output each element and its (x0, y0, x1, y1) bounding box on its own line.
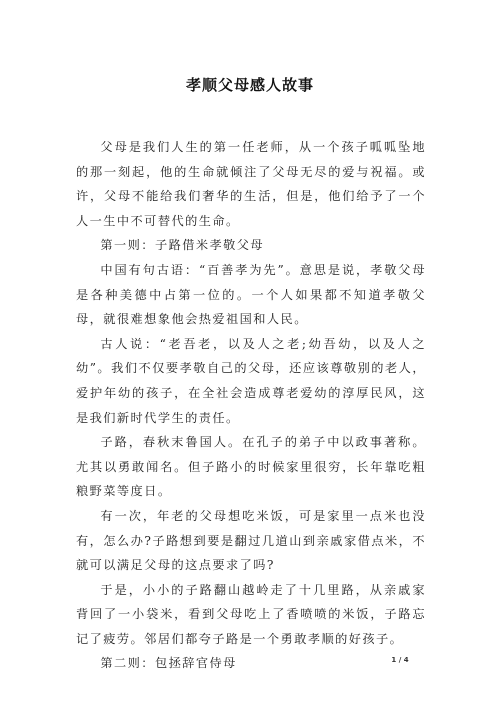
document-body: 父母是我们人生的第一任老师，从一个孩子呱呱坠地的那一刻起，他的生命就倾注了父母无… (76, 135, 426, 676)
paragraph: 于是，小小的子路翻山越岭走了十几里路，从亲戚家背回了一小袋米，看到父母吃上了香喷… (76, 578, 426, 652)
paragraph: 有一次，年老的父母想吃米饭，可是家里一点米也没有，怎么办?子路想到要是翻过几道山… (76, 504, 426, 578)
paragraph-intro: 父母是我们人生的第一任老师，从一个孩子呱呱坠地的那一刻起，他的生命就倾注了父母无… (76, 135, 426, 233)
document-page: 孝顺父母感人故事 父母是我们人生的第一任老师，从一个孩子呱呱坠地的那一刻起，他的… (0, 0, 500, 707)
section-heading-1: 第一则：子路借米孝敬父母 (76, 233, 426, 258)
section-heading-2: 第二则：包拯辞官侍母 (76, 651, 426, 676)
page-number: 1 / 4 (385, 656, 415, 664)
paragraph: 古人说：“老吾老，以及人之老;幼吾幼，以及人之幼”。我们不仅要孝敬自己的父母，还… (76, 332, 426, 430)
document-title: 孝顺父母感人故事 (0, 74, 500, 95)
paragraph: 中国有句古语：“百善孝为先”。意思是说，孝敬父母是各种美德中占第一位的。一个人如… (76, 258, 426, 332)
paragraph: 子路，春秋末鲁国人。在孔子的弟子中以政事著称。尤其以勇敢闻名。但子路小的时候家里… (76, 430, 426, 504)
